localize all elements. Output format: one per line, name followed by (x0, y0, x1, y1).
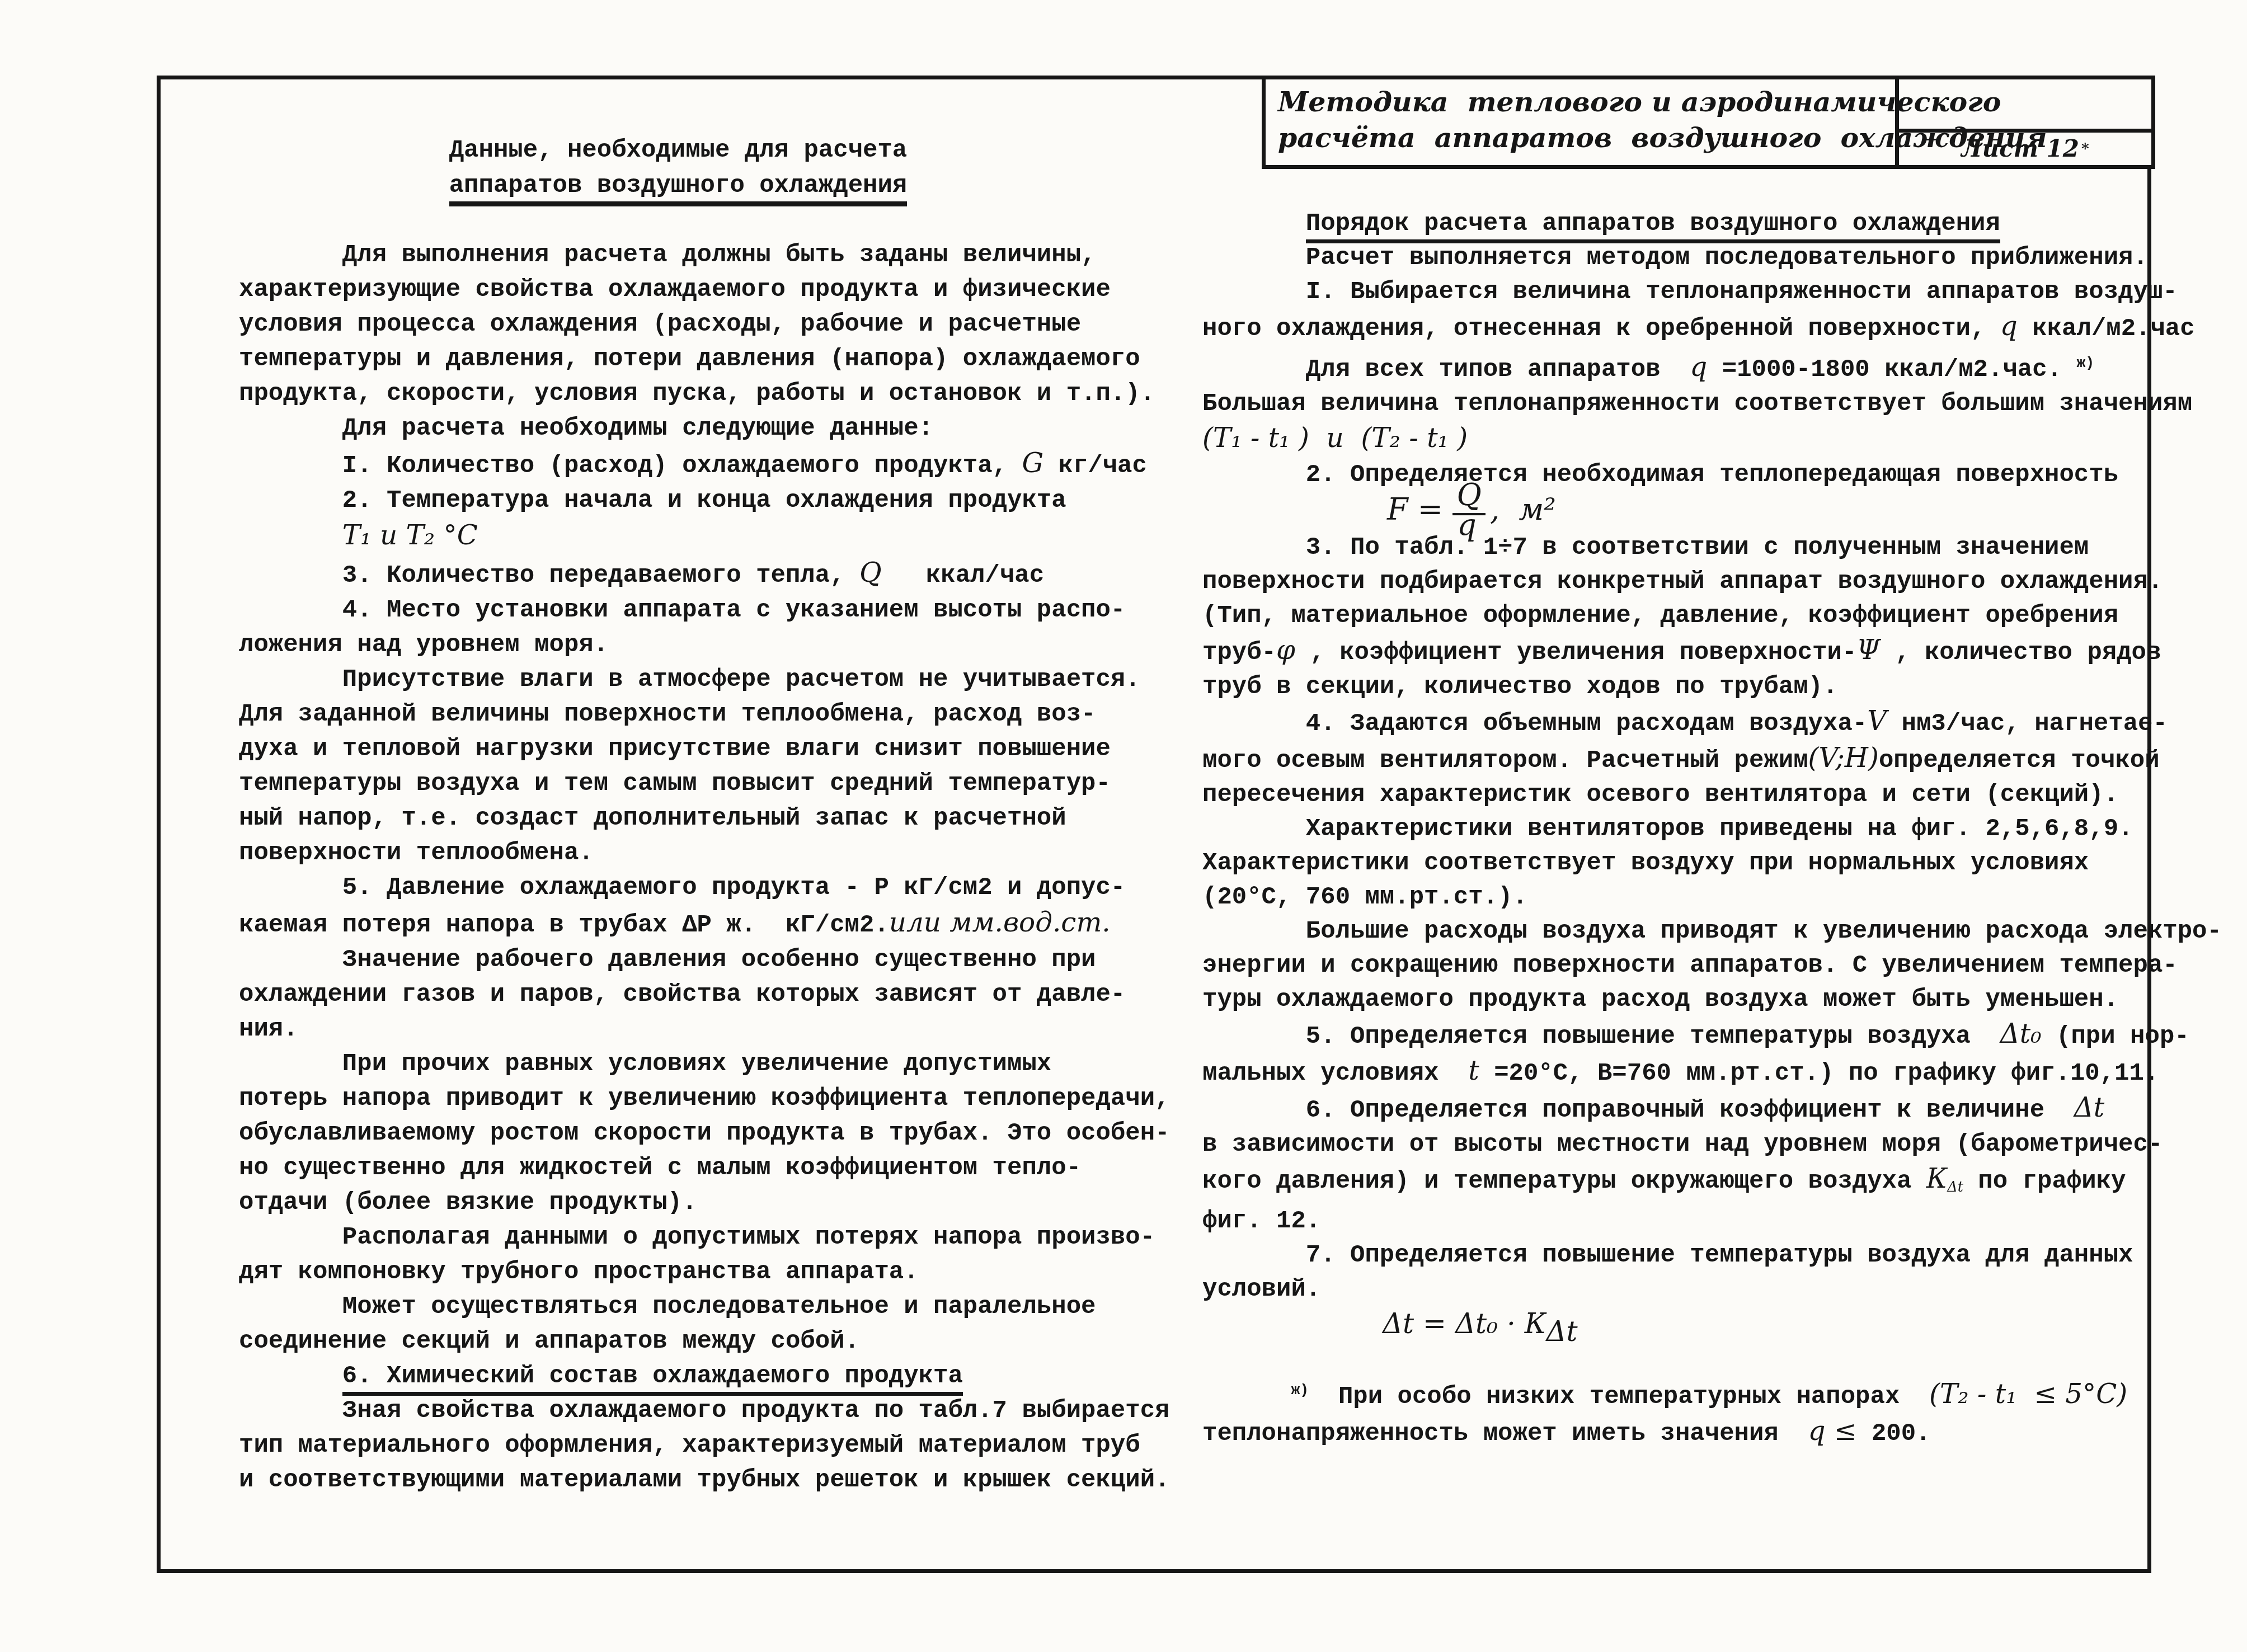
text-segment: нм3/час, нагнетае- (1887, 710, 2168, 738)
text-line: Для расчета необходимы следующие данные: (239, 411, 1169, 446)
text-segment: 5. Определяется повышение температуры во… (1202, 1023, 2000, 1051)
text-line: Присутствие влаги в атмосфере расчетом н… (239, 662, 1169, 697)
text-segment: F = (1387, 492, 1452, 527)
text-line: мого осевым вентилятором. Расчетный режи… (1202, 741, 2222, 778)
text-line: 4. Место установки аппарата с указанием … (239, 593, 1169, 628)
text-segment: труб- (1202, 639, 1276, 667)
text-line: 4. Задаются объемным расходам воздуха-V … (1202, 704, 2222, 741)
text-line: кого давления) и температуры окружающего… (1202, 1162, 2222, 1204)
text-line: тип материального оформления, характериз… (239, 1428, 1169, 1463)
text-segment: аппаратов воздушного охлаждения (449, 172, 908, 206)
text-line: фиг. 12. (1202, 1204, 2222, 1239)
text-segment: Δt (1546, 1315, 1578, 1348)
text-line: 7. Определяется повышение температуры во… (1202, 1239, 2222, 1273)
text-segment: Ψ (1856, 634, 1880, 666)
stamp-title-line: расчёта аппаратов воздушного охлаждения (1278, 120, 1889, 156)
text-line: Для всех типов аппаратов q =1000-1800 кк… (1202, 346, 2222, 387)
text-line: 3. По табл. 1÷7 в соответствии с получен… (1202, 531, 2222, 565)
text-line: Зная свойства охлаждаемого продукта по т… (239, 1394, 1169, 1428)
text-line: в зависимости от высоты местности над ур… (1202, 1128, 2222, 1162)
text-line: условий. (1202, 1273, 2222, 1307)
text-line: характеризующие свойства охлаждаемого пр… (239, 272, 1169, 307)
document-scan: Методика теплового и аэродинамическогора… (0, 0, 2247, 1652)
text-line: соединение секций и аппаратов между собо… (239, 1324, 1169, 1359)
text-segment: 3. Количество передаваемого тепла, (239, 562, 859, 590)
text-line: энергии и сокращению поверхности аппарат… (1202, 949, 2222, 983)
text-segment: по графику (1963, 1168, 2126, 1196)
text-segment: =1000-1800 ккал/м2.час. (1707, 356, 2076, 384)
text-line: Большие расходы воздуха приводят к увели… (1202, 915, 2222, 949)
text-line: Может осуществляться последовательное и … (239, 1289, 1169, 1324)
text-line: поверхности подбирается конкретный аппар… (1202, 565, 2222, 599)
text-segment: Δt (1947, 1179, 1963, 1196)
text-line: 6. Определяется поправочный коэффициент … (1202, 1091, 2222, 1128)
text-line: охлаждении газов и паров, свойства котор… (239, 977, 1169, 1012)
text-segment: мальных условиях (1202, 1060, 1468, 1088)
text-line: F = Qq, м² (1202, 492, 2222, 531)
text-segment: q ≤ (1808, 1415, 1857, 1447)
text-segment: (Т₂ - t₁ ≤ 5°С) (1929, 1378, 2127, 1410)
text-line: продукта, скорости, условия пуска, работ… (239, 376, 1169, 411)
text-segment: 2. Температура начала и конца охлаждения… (239, 487, 1066, 515)
text-segment: кг/час (1043, 452, 1147, 480)
text-segment: или мм.вод.ст. (889, 907, 1111, 938)
text-line: труб в секции, количество ходов по труба… (1202, 670, 2222, 704)
text-segment: 4. Задаются объемным расходам воздуха- (1202, 710, 1867, 738)
text-line: Данные, необходимые для расчета (239, 133, 1117, 168)
text-line: Располагая данными о допустимых потерях … (239, 1220, 1169, 1255)
text-line: отдачи (более вязкие продукты). (239, 1185, 1169, 1220)
text-line: и соответствующими материалами трубных р… (239, 1463, 1169, 1498)
text-line (1202, 1349, 2222, 1373)
text-segment: теплонапряженность может иметь значения (1202, 1420, 1808, 1448)
text-line: аппаратов воздушного охлаждения (239, 168, 1117, 204)
text-line: каемая потеря напора в трубах ΔР ж. кГ/с… (239, 905, 1169, 943)
text-segment (239, 1362, 342, 1390)
text-line: Большая величина теплонапряженности соот… (1202, 387, 2222, 421)
text-segment: ж) (1291, 1382, 1309, 1399)
text-line: Для заданной величины поверхности теплоо… (239, 697, 1169, 732)
text-line: ный напор, т.е. создаст дополнительный з… (239, 801, 1169, 836)
stamp-title-line: Методика теплового и аэродинамического (1278, 84, 1889, 120)
text-line: поверхности теплообмена. (239, 836, 1169, 870)
stamp-empty-cell (1899, 79, 2151, 133)
text-segment (1202, 1383, 1291, 1411)
text-segment: 6. Химический состав охлаждаемого продук… (342, 1362, 963, 1396)
text-line: (20°С, 760 мм.рт.ст.). (1202, 881, 2222, 915)
text-line: Т₁ и Т₂ °С (239, 518, 1169, 556)
text-line: 3. Количество передаваемого тепла, Q кка… (239, 556, 1169, 593)
text-line: 2. Определяется необходимая теплопередаю… (1202, 458, 2222, 492)
text-segment: (Т₁ - t₁ ) и (Т₂ - t₁ ) (1202, 422, 1468, 454)
text-line: Значение рабочего давления особенно суще… (239, 943, 1169, 977)
text-line: пересечения характеристик осевого вентил… (1202, 778, 2222, 812)
text-line: обуславливаемому ростом скорости продукт… (239, 1116, 1169, 1151)
text-segment: Для всех типов аппаратов (1202, 356, 1690, 384)
text-line: потерь напора приводит к увеличению коэф… (239, 1081, 1169, 1116)
text-segment (1202, 210, 1306, 238)
text-line: духа и тепловой нагрузки присутствие вла… (239, 732, 1169, 766)
text-segment: Q (859, 557, 882, 589)
text-line: ния. (239, 1012, 1169, 1047)
text-segment: 200. (1856, 1420, 1930, 1448)
right-column-body: Порядок расчета аппаратов воздушного охл… (1202, 207, 2222, 1451)
text-segment: , количество рядов (1881, 639, 2161, 667)
text-segment: t (1468, 1055, 1479, 1086)
text-segment: V (1867, 705, 1887, 737)
sheet-label: Лист 12 (1961, 135, 2079, 162)
text-line: Расчет выполняется методом последователь… (1202, 241, 2222, 275)
text-line: дят компоновку трубного пространства апп… (239, 1255, 1169, 1289)
text-line: но существенно для жидкостей с малым коэ… (239, 1151, 1169, 1185)
text-line: I. Выбирается величина теплонапряженност… (1202, 275, 2222, 309)
text-segment: каемая потеря напора в трубах ΔР ж. кГ/с… (239, 911, 889, 939)
text-segment: =20°С, В=760 мм.рт.ст.) по графику фиг.1… (1479, 1060, 2159, 1088)
text-line: температуры воздуха и тем самым повысит … (239, 766, 1169, 801)
text-line: (Т₁ - t₁ ) и (Т₂ - t₁ ) (1202, 421, 2222, 458)
text-line: условия процесса охлаждения (расходы, ра… (239, 307, 1169, 342)
left-column-body: Для выполнения расчета должны быть задан… (239, 238, 1169, 1498)
text-segment: кого давления) и температуры окружающего… (1202, 1168, 1926, 1196)
text-segment: К (1926, 1163, 1947, 1194)
stamp-title: Методика теплового и аэродинамическогора… (1266, 79, 1895, 165)
text-segment: Δt₀ (2000, 1018, 2042, 1049)
text-line: теплонапряженность может иметь значения … (1202, 1414, 2222, 1451)
text-line: ложения над уровнем моря. (239, 628, 1169, 662)
sheet-number: Лист 12* (1899, 133, 2151, 165)
text-segment: ккал/м2.час (2018, 315, 2195, 343)
text-segment (239, 524, 342, 552)
text-segment: (V;H) (1808, 742, 1879, 774)
text-segment: Т₁ и Т₂ °С (342, 520, 478, 551)
text-segment: определяется точкой (1879, 747, 2160, 775)
text-segment: φ (1276, 634, 1295, 666)
left-column-title: Данные, необходимые для расчетааппаратов… (239, 133, 1117, 204)
text-segment: Данные, необходимые для расчета (449, 137, 908, 164)
sheet-footnote-mark: * (2081, 140, 2089, 157)
text-line: Характеристики вентиляторов приведены на… (1202, 812, 2222, 846)
text-line: Для выполнения расчета должны быть задан… (239, 238, 1169, 272)
text-segment: q (1690, 351, 1707, 383)
text-segment: , коэффициент увеличения поверхности- (1295, 639, 1856, 667)
text-line: ж) При особо низких температурных напора… (1202, 1373, 2222, 1414)
text-segment: q (2000, 310, 2018, 342)
text-segment: ккал/час (882, 562, 1044, 590)
text-segment: ного охлаждения, отнесенная к оребренной… (1202, 315, 2000, 343)
text-segment: Δt (2074, 1092, 2104, 1123)
text-line: туры охлаждаемого продукта расход воздух… (1202, 983, 2222, 1017)
page-frame: Методика теплового и аэродинамическогора… (157, 76, 2151, 1573)
text-line: Порядок расчета аппаратов воздушного охл… (1202, 207, 2222, 241)
text-line: 5. Определяется повышение температуры во… (1202, 1017, 2222, 1054)
stamp-right-cells: Лист 12* (1895, 79, 2151, 165)
text-segment: мого осевым вентилятором. Расчетный режи… (1202, 747, 1808, 775)
text-segment: При особо низких температурных напорах (1309, 1383, 1929, 1411)
text-line: Δt = Δt₀ · КΔt (1202, 1307, 2222, 1349)
text-line: I. Количество (расход) охлаждаемого прод… (239, 446, 1169, 483)
text-line: (Тип, материальное оформление, давление,… (1202, 599, 2222, 633)
text-line: температуры и давления, потери давления … (239, 342, 1169, 376)
text-segment: G (1022, 448, 1043, 479)
text-segment: I. Количество (расход) охлаждаемого прод… (239, 452, 1022, 480)
text-line: 5. Давление охлаждаемого продукта - Р кГ… (239, 870, 1169, 905)
header-stamp: Методика теплового и аэродинамическогора… (1262, 76, 2155, 169)
text-segment: ж) (2076, 355, 2094, 371)
text-line: Характеристики соответствует воздуху при… (1202, 846, 2222, 881)
text-line: труб-φ , коэффициент увеличения поверхно… (1202, 633, 2222, 670)
text-line: 2. Температура начала и конца охлаждения… (239, 483, 1169, 518)
text-line: ного охлаждения, отнесенная к оребренной… (1202, 309, 2222, 346)
text-line: 6. Химический состав охлаждаемого продук… (239, 1359, 1169, 1394)
text-segment: q (1457, 508, 1477, 542)
text-segment: 6. Определяется поправочный коэффициент … (1202, 1096, 2074, 1124)
text-segment: (при нор- (2042, 1023, 2189, 1051)
text-line: При прочих равных условиях увеличение до… (239, 1047, 1169, 1081)
text-segment: Δt = Δt₀ · К (1383, 1307, 1546, 1340)
text-line: мальных условиях t =20°С, В=760 мм.рт.ст… (1202, 1054, 2222, 1091)
text-segment: , м² (1490, 492, 1556, 527)
text-segment: Порядок расчета аппаратов воздушного охл… (1306, 210, 2000, 243)
